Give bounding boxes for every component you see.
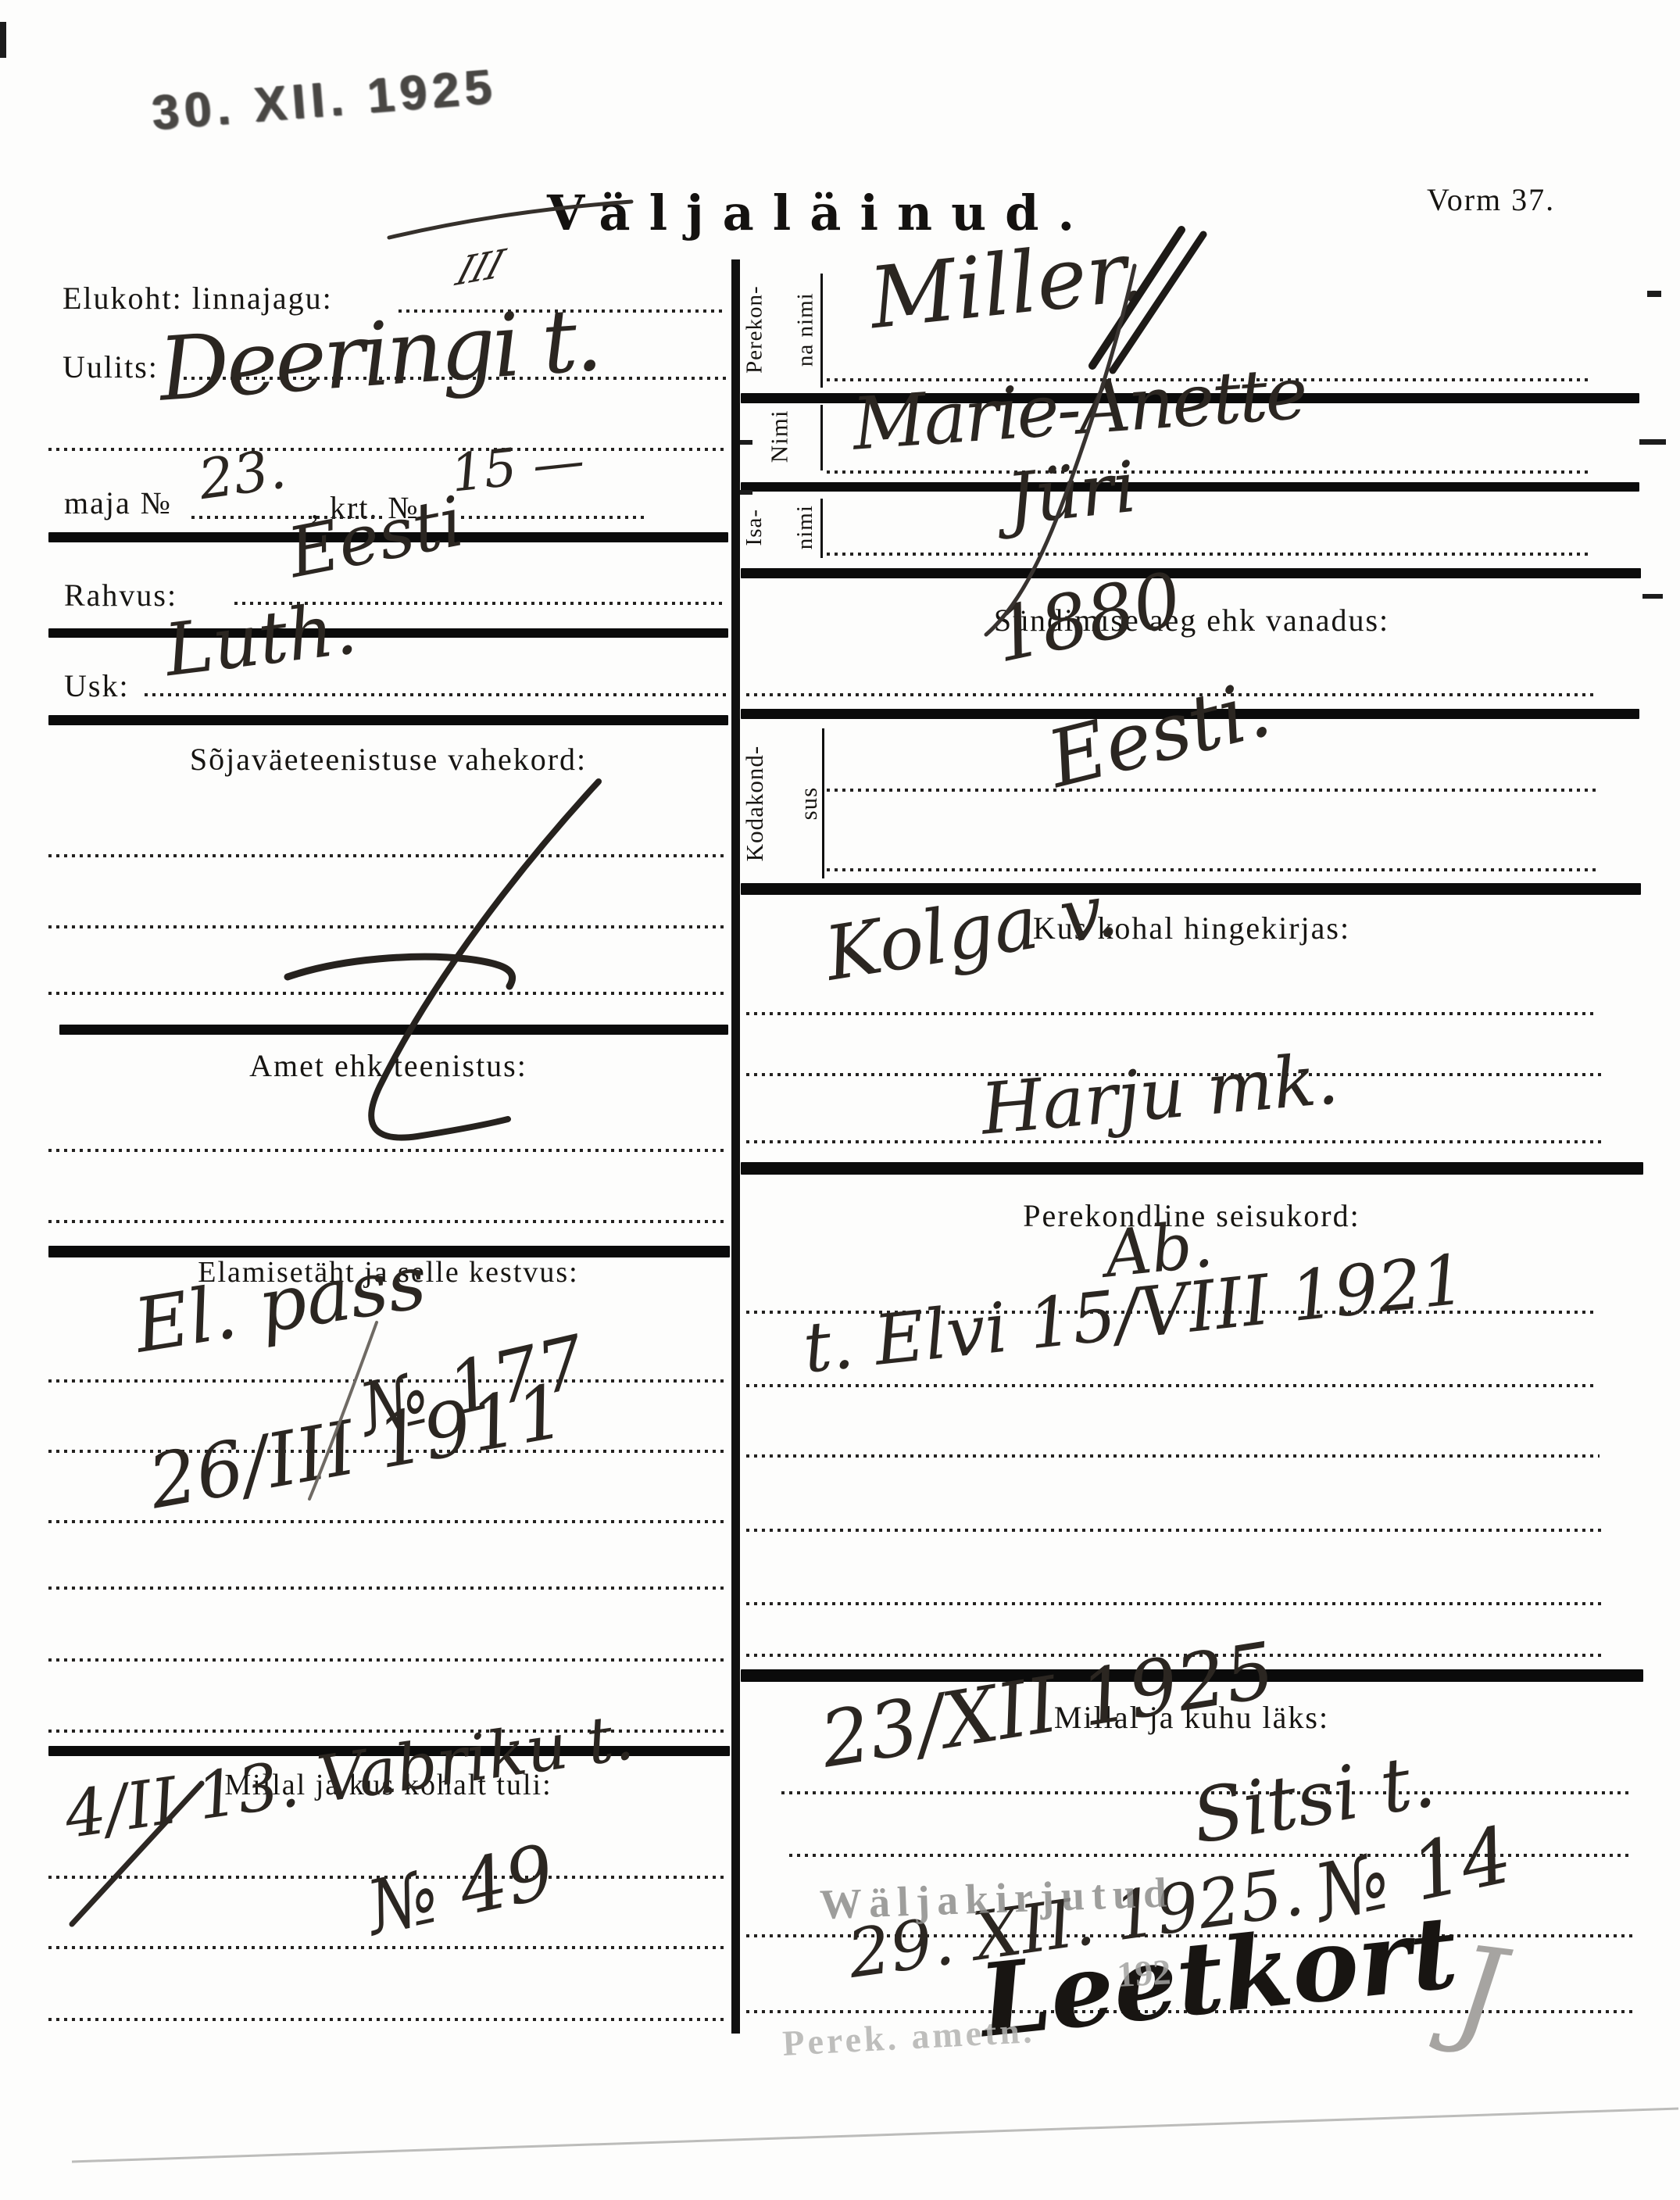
scan-speck bbox=[740, 440, 752, 445]
uulits-label: Uulits: bbox=[63, 349, 159, 385]
ruled-line bbox=[461, 516, 649, 519]
arrival-value-1: 4/II 13. Vabriku t. bbox=[61, 1705, 637, 1848]
ruled-line bbox=[746, 1602, 1602, 1605]
ruled-line bbox=[746, 1529, 1602, 1532]
usk-label: Usk: bbox=[64, 667, 130, 704]
label-separator bbox=[820, 405, 823, 470]
label-separator bbox=[820, 499, 823, 558]
page-title: Väljaläinud. bbox=[547, 184, 1093, 241]
surname-value: Miller. bbox=[866, 229, 1149, 342]
ruled-line bbox=[827, 553, 1592, 556]
label-separator bbox=[820, 274, 823, 388]
section-divider bbox=[741, 1162, 1643, 1175]
ruled-line bbox=[48, 1220, 727, 1223]
registration-card: 30. XII. 1925 Väljaläinud. Vorm 37. Eluk… bbox=[0, 0, 1680, 2200]
ruled-line bbox=[145, 693, 727, 696]
scan-speck bbox=[0, 22, 6, 58]
ruled-line bbox=[746, 1140, 1604, 1143]
scan-speck bbox=[1647, 291, 1661, 297]
ruled-line bbox=[48, 1149, 727, 1152]
section-divider bbox=[741, 883, 1641, 895]
citizenship-label-line2: sus bbox=[795, 787, 822, 821]
birth-label: Sündimise aeg ehk vanadus: bbox=[746, 602, 1637, 639]
elukoht-value: III bbox=[452, 244, 509, 292]
military-section-label: Sõjaväeteenistuse vahekord: bbox=[48, 741, 728, 778]
maja-label: maja № bbox=[64, 485, 172, 521]
name-row-label: Nimi bbox=[741, 402, 819, 470]
patronym-label-line1: Isa- bbox=[742, 509, 767, 546]
krt-value: 15 — bbox=[449, 435, 587, 500]
scan-crease-line bbox=[72, 2109, 1678, 2162]
ruled-line bbox=[48, 992, 727, 995]
citizenship-value: Eesti. bbox=[1041, 669, 1278, 800]
ruled-line bbox=[827, 868, 1596, 871]
name-value: Marie-Anette bbox=[850, 358, 1308, 461]
name-label: Nimi bbox=[767, 410, 794, 463]
military-cancel-stroke bbox=[288, 957, 513, 986]
usk-value: Luth. bbox=[161, 592, 360, 687]
ruled-line bbox=[746, 1454, 1600, 1458]
ruled-line bbox=[48, 854, 727, 857]
ruled-line bbox=[48, 2018, 727, 2021]
form-number: Vorm 37. bbox=[1427, 181, 1555, 218]
section-divider bbox=[59, 1025, 728, 1035]
ruled-line bbox=[746, 1384, 1598, 1387]
surname-label-line2: na nimi bbox=[792, 293, 817, 367]
column-divider bbox=[731, 259, 740, 2034]
patronym-row-label: Isa- nimi bbox=[741, 495, 819, 560]
label-separator bbox=[822, 728, 824, 878]
section-divider bbox=[741, 568, 1641, 578]
arrival-value-2: № 49 bbox=[361, 1835, 560, 1947]
military-cancel-stroke bbox=[371, 782, 599, 1138]
birth-value: 1880 bbox=[988, 563, 1188, 674]
date-stamp: 30. XII. 1925 bbox=[150, 59, 499, 141]
section-divider bbox=[741, 482, 1639, 492]
parish-value-2: Harju mk. bbox=[978, 1044, 1341, 1146]
citizenship-row-label: Kodakond- sus bbox=[742, 727, 822, 880]
ruled-line bbox=[48, 925, 727, 928]
ruled-line bbox=[48, 1587, 727, 1590]
ruled-line bbox=[48, 448, 727, 451]
section-divider bbox=[48, 715, 728, 725]
ruled-line bbox=[827, 789, 1596, 792]
scan-speck bbox=[1639, 439, 1666, 445]
patronym-value: Jüri bbox=[1003, 453, 1139, 536]
ruled-line bbox=[48, 1520, 727, 1523]
rahvus-label: Rahvus: bbox=[64, 577, 177, 613]
surname-label-line1: Perekon- bbox=[742, 286, 767, 374]
section-divider bbox=[48, 628, 728, 638]
surname-row-label: Perekon- na nimi bbox=[741, 272, 819, 388]
pencil-mark: J bbox=[1448, 1921, 1511, 2062]
ruled-line bbox=[746, 1012, 1598, 1015]
scan-speck bbox=[1642, 594, 1663, 599]
patronym-label-line2: nimi bbox=[792, 505, 817, 549]
occupation-section-label: Amet ehk teenistus: bbox=[48, 1047, 728, 1084]
stamp-year-preprint: 192 bbox=[1116, 1951, 1172, 1995]
scan-speck bbox=[740, 490, 752, 495]
ruled-line bbox=[48, 1658, 727, 1662]
citizenship-label-line1: Kodakond- bbox=[741, 746, 768, 861]
ruled-line bbox=[827, 470, 1592, 474]
maja-value: 23. bbox=[195, 442, 289, 508]
